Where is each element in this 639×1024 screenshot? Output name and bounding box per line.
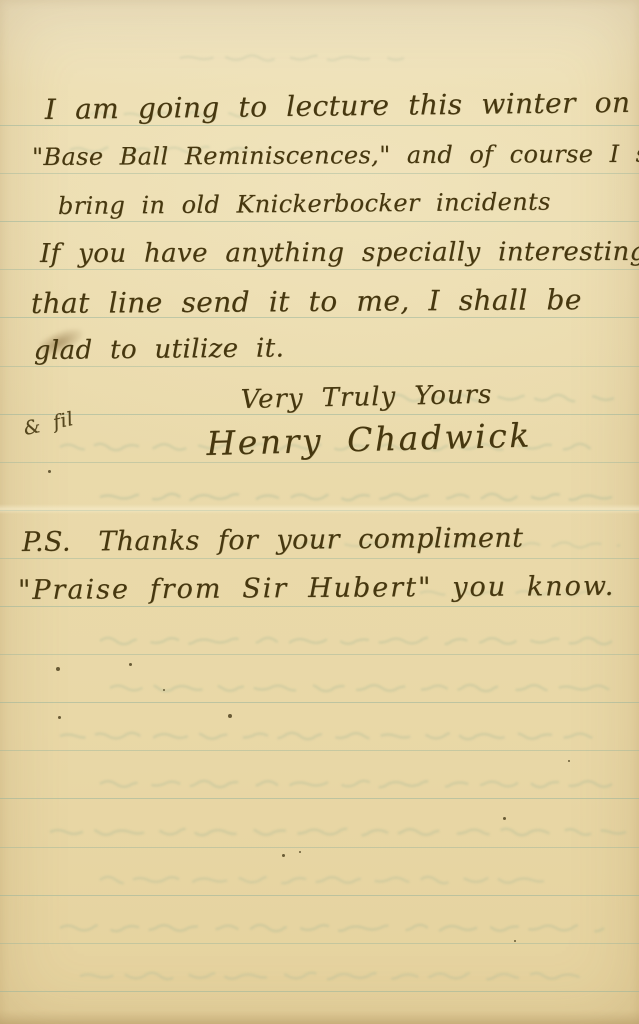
valediction: Very Truly Yours xyxy=(240,380,492,415)
letter-line-4: If you have anything specially interesti… xyxy=(40,237,639,269)
bleed-through-line xyxy=(100,781,612,787)
letter-line-2: "Base Ball Reminiscences," and of course… xyxy=(32,140,639,171)
bleed-through-line xyxy=(60,925,604,931)
letter-line-3: bring in old Knickerbocker incidents xyxy=(58,188,551,220)
bleed-through-line xyxy=(100,877,548,883)
letter-page: I am going to lecture this winter on "Ba… xyxy=(0,0,639,1024)
bleed-through-line xyxy=(60,733,604,739)
bleed-through-line xyxy=(50,829,626,835)
bleed-through-line xyxy=(100,638,612,644)
letter-line-6: glad to utilize it. xyxy=(34,333,285,366)
letter-line-5: that line send it to me, I shall be xyxy=(31,283,582,320)
bleed-through-line xyxy=(100,494,612,500)
bleed-through-line xyxy=(180,55,404,60)
bleed-through-line xyxy=(80,973,592,979)
fold-crease xyxy=(0,504,639,514)
bleed-through-line xyxy=(110,685,622,691)
postscript-line-2: "Praise from Sir Hubert" you know. xyxy=(18,571,616,606)
postscript-line-1: P.S. Thanks for your compliment xyxy=(22,523,524,558)
